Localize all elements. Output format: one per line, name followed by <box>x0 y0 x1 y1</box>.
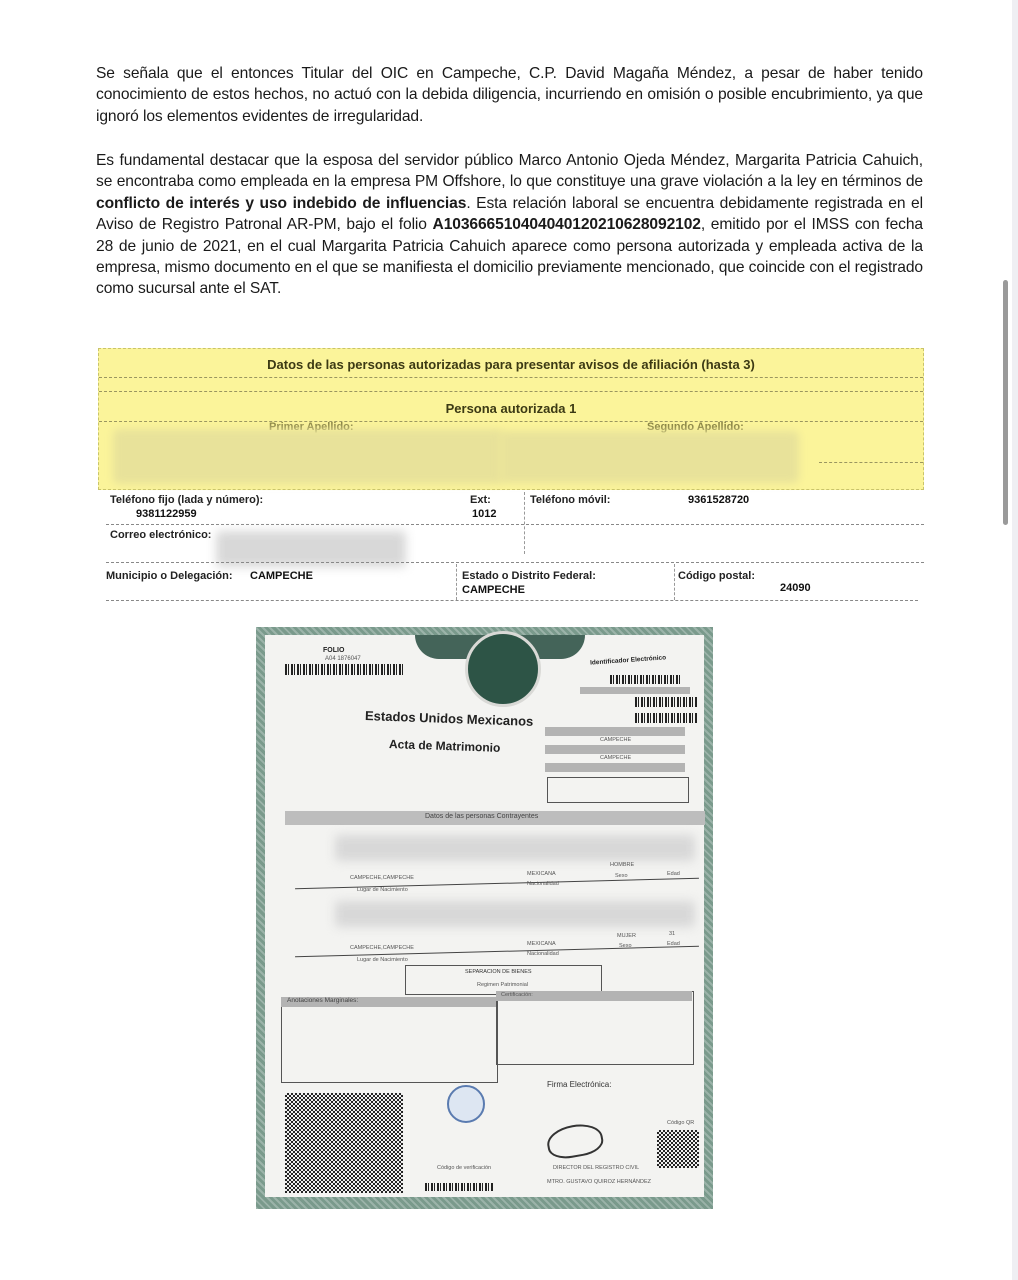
qr-code <box>657 1130 699 1168</box>
id-barcode <box>610 675 680 684</box>
municipality-value: CAMPECHE <box>250 570 313 582</box>
signature-label: Firma Electrónica: <box>547 1080 611 1089</box>
redacted-surname <box>499 431 799 483</box>
divider <box>674 564 675 600</box>
nationality-label: Nacionalidad <box>527 881 559 887</box>
contrayentes-section-title: Datos de las personas Contrayentes <box>425 813 538 820</box>
spouse-2-nationality: MEXICANA <box>527 941 556 947</box>
certification-box <box>496 991 694 1065</box>
redacted-spouse-2-name <box>335 901 695 927</box>
verification-qr-code <box>285 1093 403 1193</box>
birthplace-label: Lugar de Nacimiento <box>357 887 408 893</box>
vertical-scrollbar[interactable] <box>1003 280 1008 525</box>
age-label: Edad <box>667 941 680 947</box>
age-label: Edad <box>667 871 680 877</box>
director-signature <box>545 1120 606 1161</box>
postal-code-label: Código postal: <box>678 570 755 582</box>
director-title: DIRECTOR DEL REGISTRO CIVIL <box>553 1165 639 1171</box>
verification-barcode <box>425 1183 493 1191</box>
divider <box>99 377 923 378</box>
regime-value: SEPARACION DE BIENES <box>465 969 532 975</box>
electronic-id-label: Identificador Electrónico <box>590 654 667 666</box>
qr-label: Código QR <box>667 1120 694 1126</box>
book-table <box>547 777 689 803</box>
redacted-name <box>113 429 503 484</box>
divider <box>524 492 525 554</box>
divider <box>106 600 918 601</box>
marriage-certificate-image: FOLIO A04 1876047 Identificador Electrón… <box>256 627 713 1209</box>
divider <box>456 564 457 600</box>
mobile-value: 9361528720 <box>688 494 749 506</box>
certificate-paper: FOLIO A04 1876047 Identificador Electrón… <box>265 635 704 1197</box>
redacted-spouse-1-name <box>335 835 695 861</box>
form-subsection-title: Persona autorizada 1 <box>99 401 923 416</box>
divider <box>819 462 923 463</box>
registration-date-band <box>545 763 685 772</box>
sex-label: Sexo <box>619 943 632 949</box>
paragraph-text: Es fundamental destacar que la esposa de… <box>96 152 923 190</box>
director-name: MTRO. GUSTAVO QUIROZ HERNÁNDEZ <box>547 1179 651 1185</box>
paragraph-conflict-of-interest: Es fundamental destacar que la esposa de… <box>96 150 923 300</box>
municipality-label: Municipio o Delegación: <box>106 570 233 582</box>
spouse-2-birthplace: CAMPECHE,CAMPECHE <box>350 945 414 951</box>
folio-value: A04 1876047 <box>325 656 361 662</box>
ext-label: Ext: <box>470 494 491 506</box>
spouse-2-sex: MUJER <box>617 933 636 939</box>
landline-value: 9381122959 <box>136 508 197 520</box>
folio-number: A103666510404040120210628092102 <box>433 216 701 233</box>
ext-value: 1012 <box>472 508 496 520</box>
sex-label: Sexo <box>615 873 628 879</box>
folio-barcode <box>285 664 405 675</box>
bold-conflict-phrase: conflicto de interés y uso indebido de i… <box>96 195 466 212</box>
annotations-label: Anotaciones Marginales: <box>287 997 358 1004</box>
scroll-track <box>1012 0 1018 1280</box>
imss-form-image: Datos de las personas autorizadas para p… <box>98 348 924 606</box>
highlighted-section: Datos de las personas autorizadas para p… <box>98 348 924 490</box>
curp-barcode <box>635 697 697 707</box>
paragraph-oic-omission: Se señala que el entonces Titular del OI… <box>96 63 923 127</box>
spouse-1-birthplace: CAMPECHE,CAMPECHE <box>350 875 414 881</box>
registry-seal-icon <box>447 1085 485 1123</box>
spouse-1-sex: HOMBRE <box>610 862 634 868</box>
national-crest-icon <box>465 631 541 707</box>
mobile-label: Teléfono móvil: <box>530 494 610 506</box>
landline-label: Teléfono fijo (lada y número): <box>110 494 263 506</box>
annotations-box <box>281 997 498 1083</box>
registry-municipality-band <box>545 745 685 754</box>
postal-code-value: 24090 <box>780 582 811 594</box>
divider <box>99 421 923 422</box>
registry-entity-band <box>545 727 685 736</box>
folio-label: FOLIO <box>323 647 344 654</box>
registry-municipality-value: CAMPECHE <box>600 755 631 761</box>
gray-band <box>580 687 690 694</box>
divider <box>99 391 923 392</box>
birthplace-label: Lugar de Nacimiento <box>357 957 408 963</box>
state-value: CAMPECHE <box>462 584 525 596</box>
country-title: Estados Unidos Mexicanos <box>365 708 534 729</box>
divider <box>106 562 924 563</box>
registry-entity-value: CAMPECHE <box>600 737 631 743</box>
divider <box>106 524 924 525</box>
state-label: Estado o Distrito Federal: <box>462 570 596 582</box>
spouse-2-age: 31 <box>669 931 675 937</box>
certification-label: Certificación: <box>501 992 533 998</box>
spouse-1-nationality: MEXICANA <box>527 871 556 877</box>
curp-barcode <box>635 713 697 723</box>
nationality-label: Nacionalidad <box>527 951 559 957</box>
verification-code-label: Código de verificación <box>437 1165 491 1171</box>
email-label: Correo electrónico: <box>110 529 211 541</box>
document-title: Acta de Matrimonio <box>389 737 501 755</box>
regime-label: Regimen Patrimonial <box>477 982 528 988</box>
form-section-title: Datos de las personas autorizadas para p… <box>99 357 923 372</box>
